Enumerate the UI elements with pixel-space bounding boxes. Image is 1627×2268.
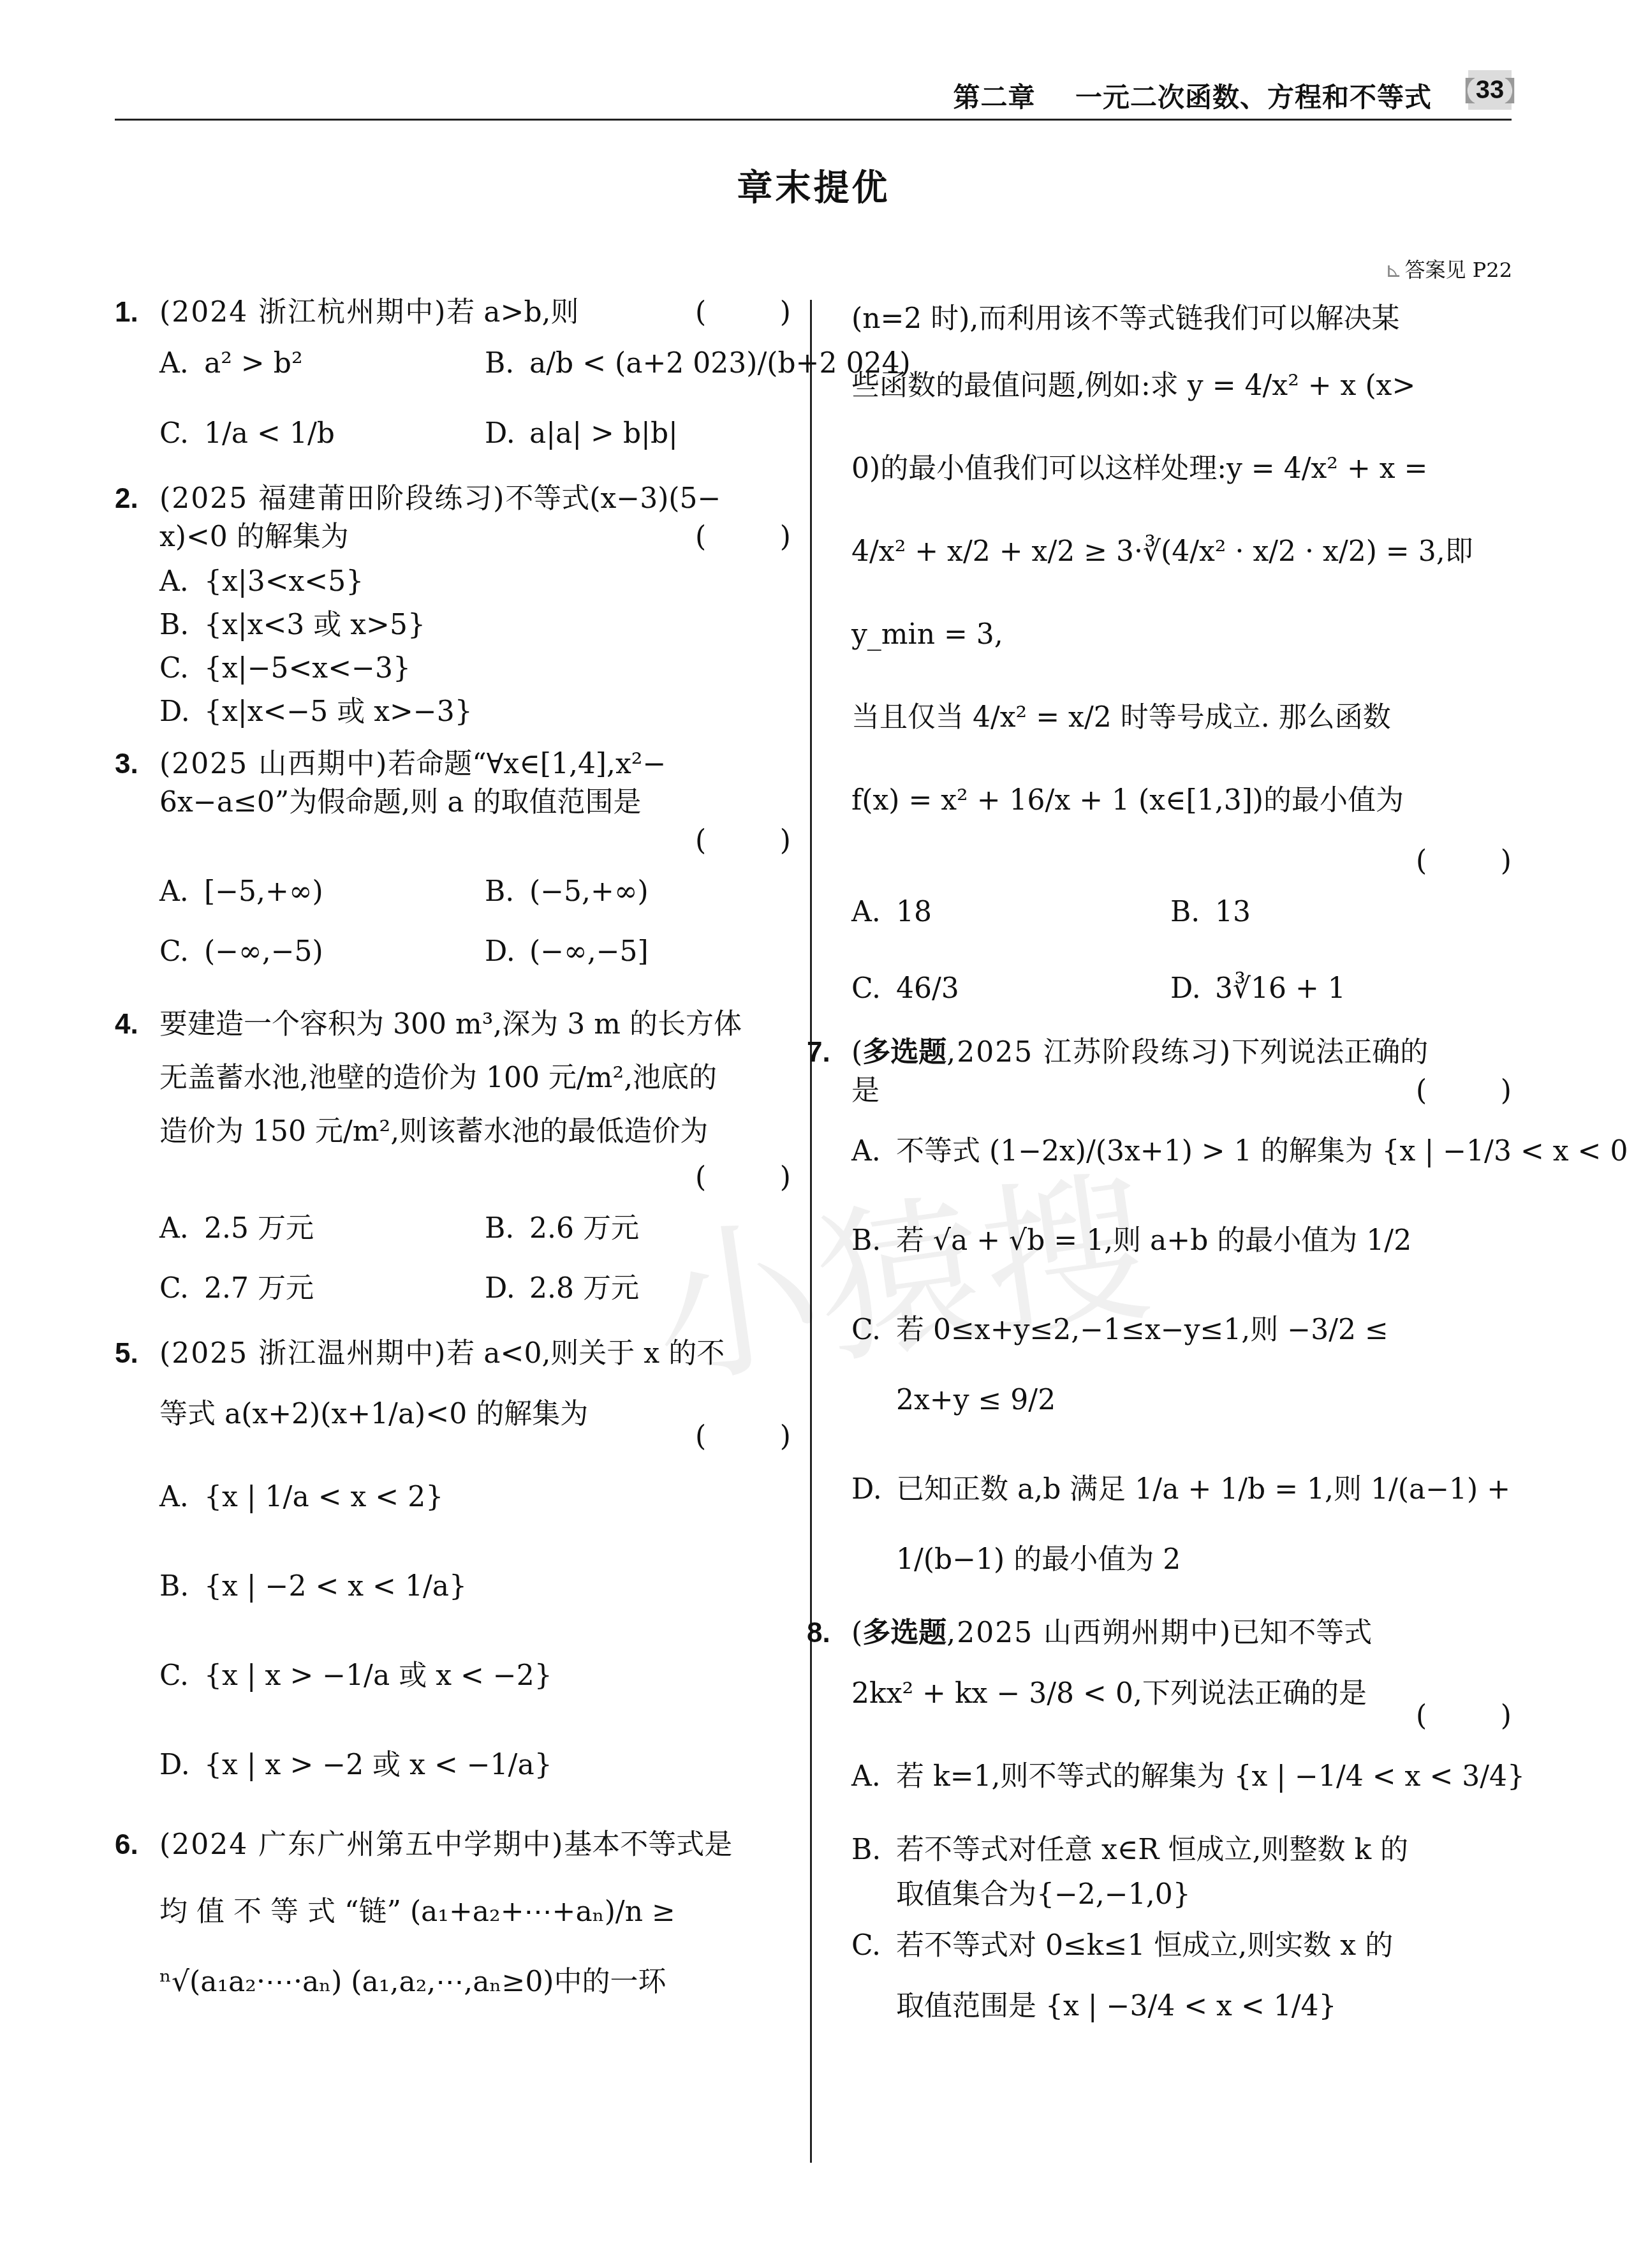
option-b[interactable]: B.13 [1170,893,1489,931]
option-a[interactable]: A.18 [851,893,1170,931]
option-label: C. [159,1270,204,1308]
option-label: A. [851,1116,896,1187]
page-number-badge: 【 33 】 [1468,70,1512,110]
option-label: B. [485,1210,529,1248]
question-stem: 不等式(x−3)(5− [505,482,721,515]
option-d[interactable]: D.2.8 万元 [485,1270,804,1308]
option-label: D. [159,693,204,731]
question-source: (2024 浙江杭州期中) [159,296,446,329]
option-d[interactable]: D.已知正数 a,b 满足 1/a + 1/b = 1,则 1/(a−1) + [851,1455,1512,1525]
option-a[interactable]: A.a² > b² [159,345,485,383]
multi-select-tag: 多选题 [862,1617,946,1649]
option-d[interactable]: D.3∛16 + 1 [1170,970,1489,1008]
question-stem: 0)的最小值我们可以这样处理:y = 4/x² + x = [851,452,1427,485]
question-source: (2025 福建莆田阶段练习) [159,482,505,515]
option-text: 已知正数 a,b 满足 1/a + 1/b = 1,则 1/(a−1) + [896,1473,1510,1506]
answer-blank[interactable]: () [695,1395,791,1478]
option-text: 2x+y ≤ 9/2 [896,1384,1056,1416]
option-text: 取值范围是 {x | −3/4 < x < 1/4} [896,1990,1337,2022]
right-column: (n=2 时),而利用该不等式链我们可以解决某 些函数的最值问题,例如:求 y … [851,293,1512,2061]
option-label: A. [851,1742,896,1812]
bracket-left-icon: 【 [1449,71,1476,109]
answer-blank[interactable]: () [695,518,791,556]
option-c[interactable]: C.(−∞,−5) [159,933,485,971]
answer-blank[interactable]: () [695,822,791,860]
question-stem: ⁿ√(a₁a₂·⋯·aₙ) (a₁,a₂,⋯,aₙ≥0)中的一环 [159,1966,666,1998]
option-text: (−∞,−5] [529,935,649,968]
option-c-continued: 2x+y ≤ 9/2 [851,1365,1512,1435]
option-label: B. [851,1831,896,1869]
question-number: 5. [115,1335,159,1373]
option-label: C. [159,1641,204,1711]
option-b[interactable]: B.若 √a + √b = 1,则 a+b 的最小值为 1/2 [851,1206,1512,1276]
option-text: (−5,+∞) [529,875,649,908]
question-source: (2024 广东广州第五中学期中) [159,1828,564,1861]
question-6: 6.(2024 广东广州第五中学期中)基本不等式是 均 值 不 等 式 “链” … [115,1820,791,2011]
multi-select-tag: 多选题 [862,1036,946,1069]
question-stem: 均 值 不 等 式 “链” (a₁+a₂+⋯+aₙ)/n ≥ [159,1895,675,1928]
option-a[interactable]: A.[−5,+∞) [159,873,485,911]
option-label: C. [159,933,204,971]
question-stem: 基本不等式是 [564,1828,732,1861]
option-label: C. [851,1295,896,1365]
option-label: B. [485,345,529,383]
option-d[interactable]: D.{x | x > −2 或 x < −1/a} [159,1730,791,1800]
answer-ref-icon: ⊾ [1385,258,1402,282]
question-6-continued: (n=2 时),而利用该不等式链我们可以解决某 些函数的最值问题,例如:求 y … [851,293,1512,1021]
option-label: C. [159,415,204,453]
option-text: a|a| > b|b| [529,417,678,450]
section-title: 章末提优 [0,159,1627,211]
option-text: 46/3 [896,972,959,1005]
question-number: 4. [115,998,159,1051]
answer-reference[interactable]: ⊾答案见 P22 [1385,254,1512,283]
option-text: 若 k=1,则不等式的解集为 {x | −1/4 < x < 3/4} [896,1760,1525,1793]
option-c[interactable]: C.{x|−5<x<−3} [159,649,791,688]
option-text: [−5,+∞) [204,875,323,908]
option-label: B. [485,873,529,911]
option-text: {x | 1/a < x < 2} [204,1481,443,1513]
question-7: 7.(多选题,2025 江苏阶段练习)下列说法正确的 是 () A.不等式 (1… [807,1034,1512,1595]
option-label: B. [159,606,204,644]
answer-blank[interactable]: () [1416,842,1512,880]
question-stem: x)<0 的解集为 [159,521,349,553]
option-text: {x|x<3 或 x>5} [204,609,425,641]
option-c[interactable]: C.{x | x > −1/a 或 x < −2} [159,1641,791,1711]
option-text: 2.6 万元 [529,1212,639,1245]
option-text: {x|3<x<5} [204,565,364,598]
option-d[interactable]: D.{x|x<−5 或 x>−3} [159,693,791,731]
option-b[interactable]: B.(−5,+∞) [485,873,804,911]
option-c-continued: 取值范围是 {x | −3/4 < x < 1/4} [851,1971,1512,2042]
option-a[interactable]: A.若 k=1,则不等式的解集为 {x | −1/4 < x < 3/4} [851,1742,1512,1812]
answer-ref-text: 答案见 P22 [1405,258,1512,282]
question-stem: 若命题“∀x∈[1,4],x²− [388,748,666,780]
option-label: D. [485,415,529,453]
question-3: 3.(2025 山西期中)若命题“∀x∈[1,4],x²− 6x−a≤0”为假命… [115,745,791,984]
question-number: 7. [807,1034,851,1072]
question-number: 1. [115,293,159,332]
option-text: 若 √a + √b = 1,则 a+b 的最小值为 1/2 [896,1224,1411,1257]
option-label: A. [851,893,896,931]
question-1: 1.(2024 浙江杭州期中)若 a>b,则 () A.a² > b² B.a/… [115,293,791,466]
option-b-continued: 取值集合为{−2,−1,0} [851,1876,1512,1914]
option-label: A. [159,563,204,601]
option-text: {x | x > −2 或 x < −1/a} [204,1749,552,1781]
option-label: B. [1170,893,1215,931]
question-stem: 若 a>b,则 [446,296,578,329]
question-stem: 4/x² + x/2 + x/2 ≥ 3·∛(4/x² · x/2 · x/2)… [851,535,1473,651]
option-c[interactable]: C.若不等式对 0≤k≤1 恒成立,则实数 x 的 [851,1927,1512,1965]
option-text: 1/a < 1/b [204,417,335,450]
question-stem: 已知不等式 [1232,1617,1372,1649]
option-d-continued: 1/(b−1) 的最小值为 2 [851,1525,1512,1595]
option-text: {x|−5<x<−3} [204,652,411,685]
question-number: 6. [115,1820,159,1871]
question-stem: 下列说法正确的 [1232,1036,1428,1069]
question-stem: 6x−a≤0”为假命题,则 a 的取值范围是 [159,786,641,819]
option-label: C. [159,649,204,688]
option-text: 13 [1215,896,1251,928]
option-text: {x | x > −1/a 或 x < −2} [204,1659,552,1692]
question-source: ,2025 山西朔州期中) [946,1617,1232,1649]
question-stem: 要建造一个容积为 300 m³,深为 3 m 的长方体 [159,1008,742,1041]
option-c[interactable]: C.46/3 [851,970,1170,1008]
option-b[interactable]: B.2.6 万元 [485,1210,804,1248]
option-text: (−∞,−5) [204,935,323,968]
option-c[interactable]: C.2.7 万元 [159,1270,485,1308]
left-column: 1.(2024 浙江杭州期中)若 a>b,则 () A.a² > b² B.a/… [115,293,791,2025]
option-text: a² > b² [204,347,303,380]
option-c[interactable]: C.若 0≤x+y≤2,−1≤x−y≤1,则 −3/2 ≤ [851,1295,1512,1365]
question-number: 3. [115,745,159,783]
question-5: 5.(2025 浙江温州期中)若 a<0,则关于 x 的不 等式 a(x+2)(… [115,1335,791,1800]
question-stem: (n=2 时),而利用该不等式链我们可以解决某 [851,302,1400,335]
option-text: 不等式 (1−2x)/(3x+1) > 1 的解集为 {x | −1/3 < x… [896,1135,1627,1167]
question-4: 4.要建造一个容积为 300 m³,深为 3 m 的长方体 无盖蓄水池,池壁的造… [115,998,791,1321]
answer-blank[interactable]: () [1416,1675,1512,1758]
question-stem: 些函数的最值问题,例如:求 y = 4/x² + x (x> [851,369,1415,402]
question-2: 2.(2025 福建莆田阶段练习)不等式(x−3)(5− x)<0 的解集为 (… [115,480,791,731]
question-stem: 无盖蓄水池,池壁的造价为 100 元/m²,池底的 [159,1062,717,1094]
option-label: D. [159,1730,204,1800]
option-a[interactable]: A.{x|3<x<5} [159,563,791,601]
option-text: 2.5 万元 [204,1212,314,1245]
option-text: 若不等式对任意 x∈R 恒成立,则整数 k 的 [896,1834,1408,1866]
question-stem: 造价为 150 元/m²,则该蓄水池的最低造价为 [159,1115,708,1148]
question-stem: 若 a<0,则关于 x 的不 [446,1337,725,1370]
chapter-name: 一元二次函数、方程和不等式 [1075,82,1432,113]
question-stem: f(x) = x² + 16/x + 1 (x∈[1,3])的最小值为 [851,784,1404,817]
option-label: A. [159,345,204,383]
option-text: 2.7 万元 [204,1272,314,1305]
bracket-right-icon: 】 [1504,71,1531,109]
option-label: A. [159,1210,204,1248]
option-b[interactable]: B.若不等式对任意 x∈R 恒成立,则整数 k 的 [851,1831,1512,1869]
option-label: C. [851,1927,896,1965]
option-text: 若不等式对 0≤k≤1 恒成立,则实数 x 的 [896,1929,1393,1962]
page-header: 第二章 一元二次函数、方程和不等式 【 33 】 [115,69,1512,121]
option-text: 3∛16 + 1 [1215,972,1346,1005]
chapter-label: 第二章 [953,82,1035,113]
option-a[interactable]: A.不等式 (1−2x)/(3x+1) > 1 的解集为 {x | −1/3 <… [851,1116,1512,1187]
option-label: D. [485,1270,529,1308]
option-text: 若 0≤x+y≤2,−1≤x−y≤1,则 −3/2 ≤ [896,1314,1388,1346]
option-text: 1/(b−1) 的最小值为 2 [896,1543,1181,1576]
option-b[interactable]: B.{x|x<3 或 x>5} [159,606,791,644]
option-b[interactable]: B.{x | −2 < x < 1/a} [159,1552,791,1622]
answer-blank[interactable]: () [695,1159,791,1197]
option-text: 18 [896,896,932,928]
answer-blank[interactable]: () [695,293,791,332]
option-label: B. [159,1552,204,1622]
option-label: D. [1170,970,1215,1008]
option-text: {x | −2 < x < 1/a} [204,1570,467,1603]
question-stem: 2kx² + kx − 3/8 < 0,下列说法正确的是 [851,1677,1367,1710]
option-a[interactable]: A.2.5 万元 [159,1210,485,1248]
question-number: 8. [807,1614,851,1652]
question-stem: 等式 a(x+2)(x+1/a)<0 的解集为 [159,1398,588,1430]
option-text: {x|x<−5 或 x>−3} [204,695,473,728]
option-b[interactable]: B.a/b < (a+2 023)/(b+2 024) [485,345,804,383]
option-label: B. [851,1206,896,1276]
option-d[interactable]: D.(−∞,−5] [485,933,804,971]
question-stem: 是 [851,1074,880,1107]
option-text: 2.8 万元 [529,1272,639,1305]
answer-blank[interactable]: () [1416,1072,1512,1110]
page-number: 33 [1476,76,1505,105]
question-8: 8.(多选题,2025 山西朔州期中)已知不等式 2kx² + kx − 3/8… [807,1614,1512,2042]
chapter-title: 第二章 一元二次函数、方程和不等式 [953,77,1432,115]
option-text: 取值集合为{−2,−1,0} [896,1878,1191,1911]
option-d[interactable]: D.a|a| > b|b| [485,415,804,453]
option-c[interactable]: C.1/a < 1/b [159,415,485,453]
question-source: (2025 浙江温州期中) [159,1337,446,1370]
option-label: D. [485,933,529,971]
question-stem: 当且仅当 4/x² = x/2 时等号成立. 那么函数 [851,701,1391,734]
question-number: 2. [115,480,159,518]
question-source: (2025 山西期中) [159,748,388,780]
option-label: C. [851,970,896,1008]
option-label: A. [159,1462,204,1532]
option-label: A. [159,873,204,911]
option-label: D. [851,1455,896,1525]
question-source: ,2025 江苏阶段练习) [946,1036,1232,1069]
